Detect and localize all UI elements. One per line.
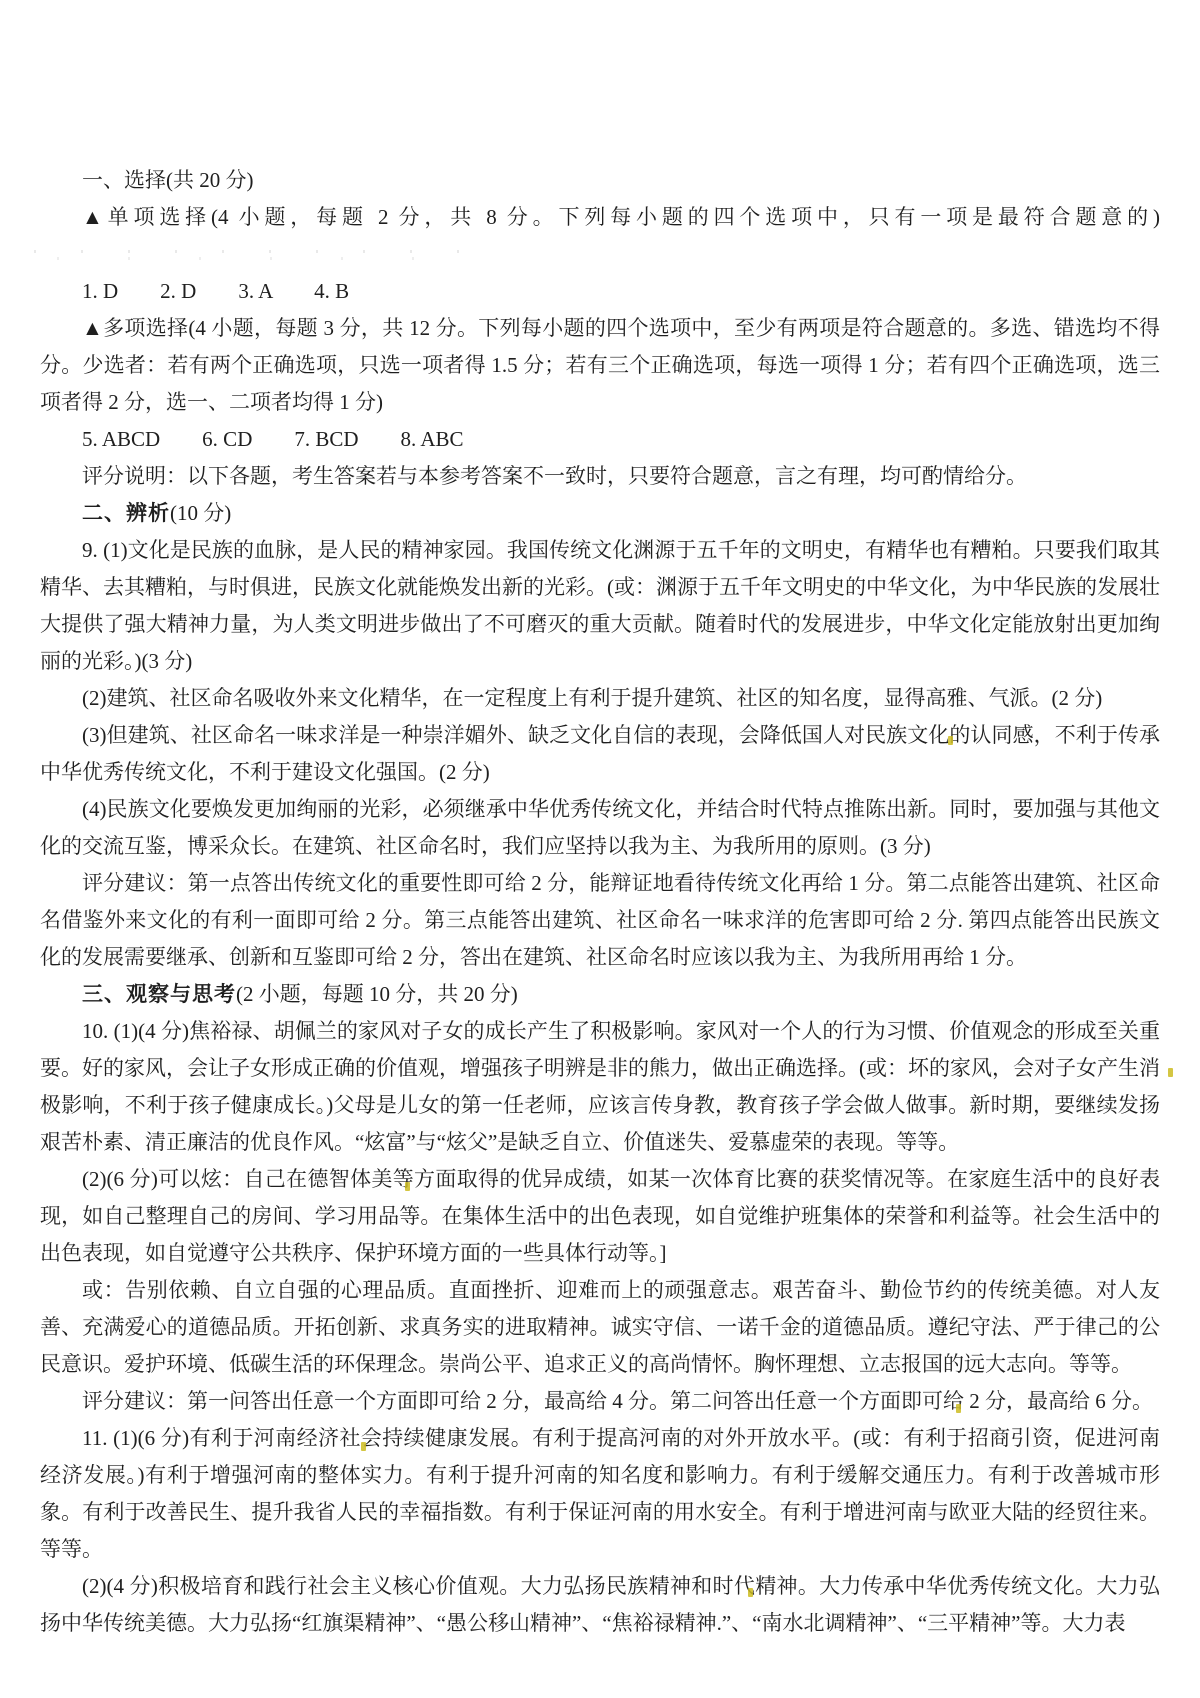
single-choice-answers: 1. D 2. D 3. A 4. B [40,273,1160,310]
section3-heading-title: 三、观察与思考 [82,983,236,1006]
section2-heading: 二、辨析(10 分) [40,495,1160,532]
q11-part1: 11. (1)(6 分)有利于河南经济社会持续健康发展。有利于提高河南的对外开放… [40,1420,1160,1568]
faded-erased-text-line [40,236,1160,273]
q10-part1: 10. (1)(4 分)焦裕禄、胡佩兰的家风对子女的成长产生了积极影响。家风对一… [40,1013,1160,1161]
q9-part2: (2)建筑、社区命名吸收外来文化精华，在一定程度上有利于提升建筑、社区的知名度，… [40,680,1160,717]
highlight-artifact [1168,1068,1173,1077]
q11-part2: (2)(4 分)积极培育和践行社会主义核心价值观。大力弘扬民族精神和时代精神。大… [40,1568,1160,1642]
q10-part2: (2)(6 分)可以炫：自己在德智体美等方面取得的优异成绩，如某一次体育比赛的获… [40,1161,1160,1272]
section2-heading-points: (10 分) [170,501,231,525]
highlight-artifact [405,1182,410,1191]
multi-choice-answers: 5. ABCD 6. CD 7. BCD 8. ABC [40,421,1160,458]
multi-choice-rubric: ▲多项选择(4 小题，每题 3 分，共 12 分。下列每小题的四个选项中，至少有… [40,310,1160,421]
section1-heading: 一、选择(共 20 分) [40,162,1160,199]
highlight-artifact [956,1404,961,1413]
section3-heading-points: (2 小题，每题 10 分，共 20 分) [236,982,518,1006]
scan-ghost-artifact [34,249,464,260]
scanned-answer-key-page: { "page": { "background": "#ffffff", "te… [0,0,1200,1698]
q10-scoring: 评分建议：第一问答出任意一个方面即可给 2 分，最高给 4 分。第二问答出任意一… [40,1383,1160,1420]
section3-heading: 三、观察与思考(2 小题，每题 10 分，共 20 分) [40,976,1160,1013]
q9-part1: 9. (1)文化是民族的血脉，是人民的精神家园。我国传统文化渊源于五千年的文明史… [40,532,1160,680]
q9-part4: (4)民族文化要焕发更加绚丽的光彩，必须继承中华优秀传统文化，并结合时代特点推陈… [40,791,1160,865]
q9-part3: (3)但建筑、社区命名一味求洋是一种崇洋媚外、缺乏文化自信的表现，会降低国人对民… [40,717,1160,791]
q9-scoring: 评分建议：第一点答出传统文化的重要性即可给 2 分，能辩证地看待传统文化再给 1… [40,865,1160,976]
section2-heading-title: 二、辨析 [82,502,170,525]
document-body: 一、选择(共 20 分) ▲单项选择(4 小题，每题 2 分，共 8 分。下列每… [40,162,1160,1642]
q10-alt-answer: 或：告别依赖、自立自强的心理品质。直面挫折、迎难而上的顽强意志。艰苦奋斗、勤俭节… [40,1272,1160,1383]
scoring-note: 评分说明：以下各题，考生答案若与本参考答案不一致时，只要符合题意，言之有理，均可… [40,458,1160,495]
single-choice-rubric: ▲单项选择(4 小题，每题 2 分，共 8 分。下列每小题的四个选项中，只有一项… [40,199,1160,236]
highlight-artifact [361,1442,366,1451]
highlight-artifact [748,1588,753,1597]
highlight-artifact [948,736,953,745]
